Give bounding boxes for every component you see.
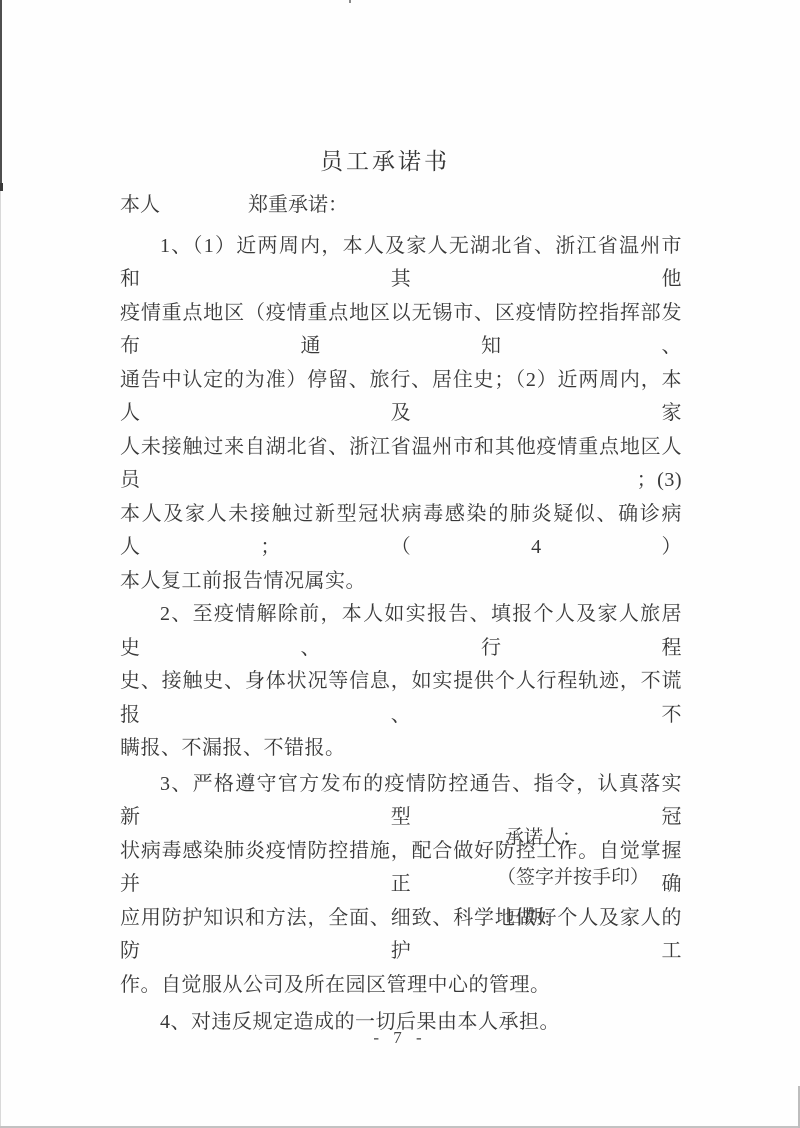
- page-title: 员工承诺书: [104, 143, 666, 176]
- name-blank-field: [165, 210, 243, 211]
- paragraph-2: 2、至疫情解除前，本人如实报告、填报个人及家人旅居史、行程 史、接触史、身体状况…: [120, 598, 682, 766]
- body-line: 瞒报、不漏报、不错报。: [120, 732, 682, 766]
- scanned-document-page: 员工承诺书 本人 郑重承诺： 1、（1）近两周内，本人及家人无湖北省、浙江省温州…: [0, 0, 800, 1128]
- page-number: - 7 -: [0, 1028, 800, 1048]
- scan-edge-left-dark: [0, 0, 2, 186]
- body-line: 2、至疫情解除前，本人如实报告、填报个人及家人旅居史、行程: [120, 598, 682, 665]
- body-line: 史、接触史、身体状况等信息，如实提供个人行程轨迹，不谎报、不: [120, 665, 682, 732]
- opening-suffix: 郑重承诺：: [248, 194, 348, 216]
- body-line: 作。自觉服从公司及所在园区管理中心的管理。: [120, 969, 682, 1003]
- body-line: 1、（1）近两周内，本人及家人无湖北省、浙江省温州市和其他: [120, 230, 682, 297]
- body-line: 通告中认定的为准）停留、旅行、居住史；（2）近两周内，本人及家: [120, 364, 682, 431]
- body-line: 本人复工前报告情况属实。: [120, 565, 682, 599]
- body-line: 本人及家人未接触过新型冠状病毒感染的肺炎疑似、确诊病人；（4）: [120, 498, 682, 565]
- signature-block: 承诺人： （签字并按手印） 日期：: [497, 818, 649, 938]
- opening-prefix: 本人: [120, 194, 160, 216]
- body-line: 人未接触过来自湖北省、浙江省温州市和其他疫情重点地区人员；(3): [120, 431, 682, 498]
- date-label: 日期：: [497, 898, 649, 938]
- scan-edge-left-tick: [0, 183, 3, 191]
- body-line: 疫情重点地区（疫情重点地区以无锡市、区疫情防控指挥部发布通知、: [120, 297, 682, 364]
- signature-instruction: （签字并按手印）: [497, 858, 649, 898]
- paragraph-1: 1、（1）近两周内，本人及家人无湖北省、浙江省温州市和其他 疫情重点地区（疫情重…: [120, 230, 682, 599]
- signer-label: 承诺人：: [497, 818, 649, 858]
- opening-line: 本人 郑重承诺：: [120, 189, 682, 223]
